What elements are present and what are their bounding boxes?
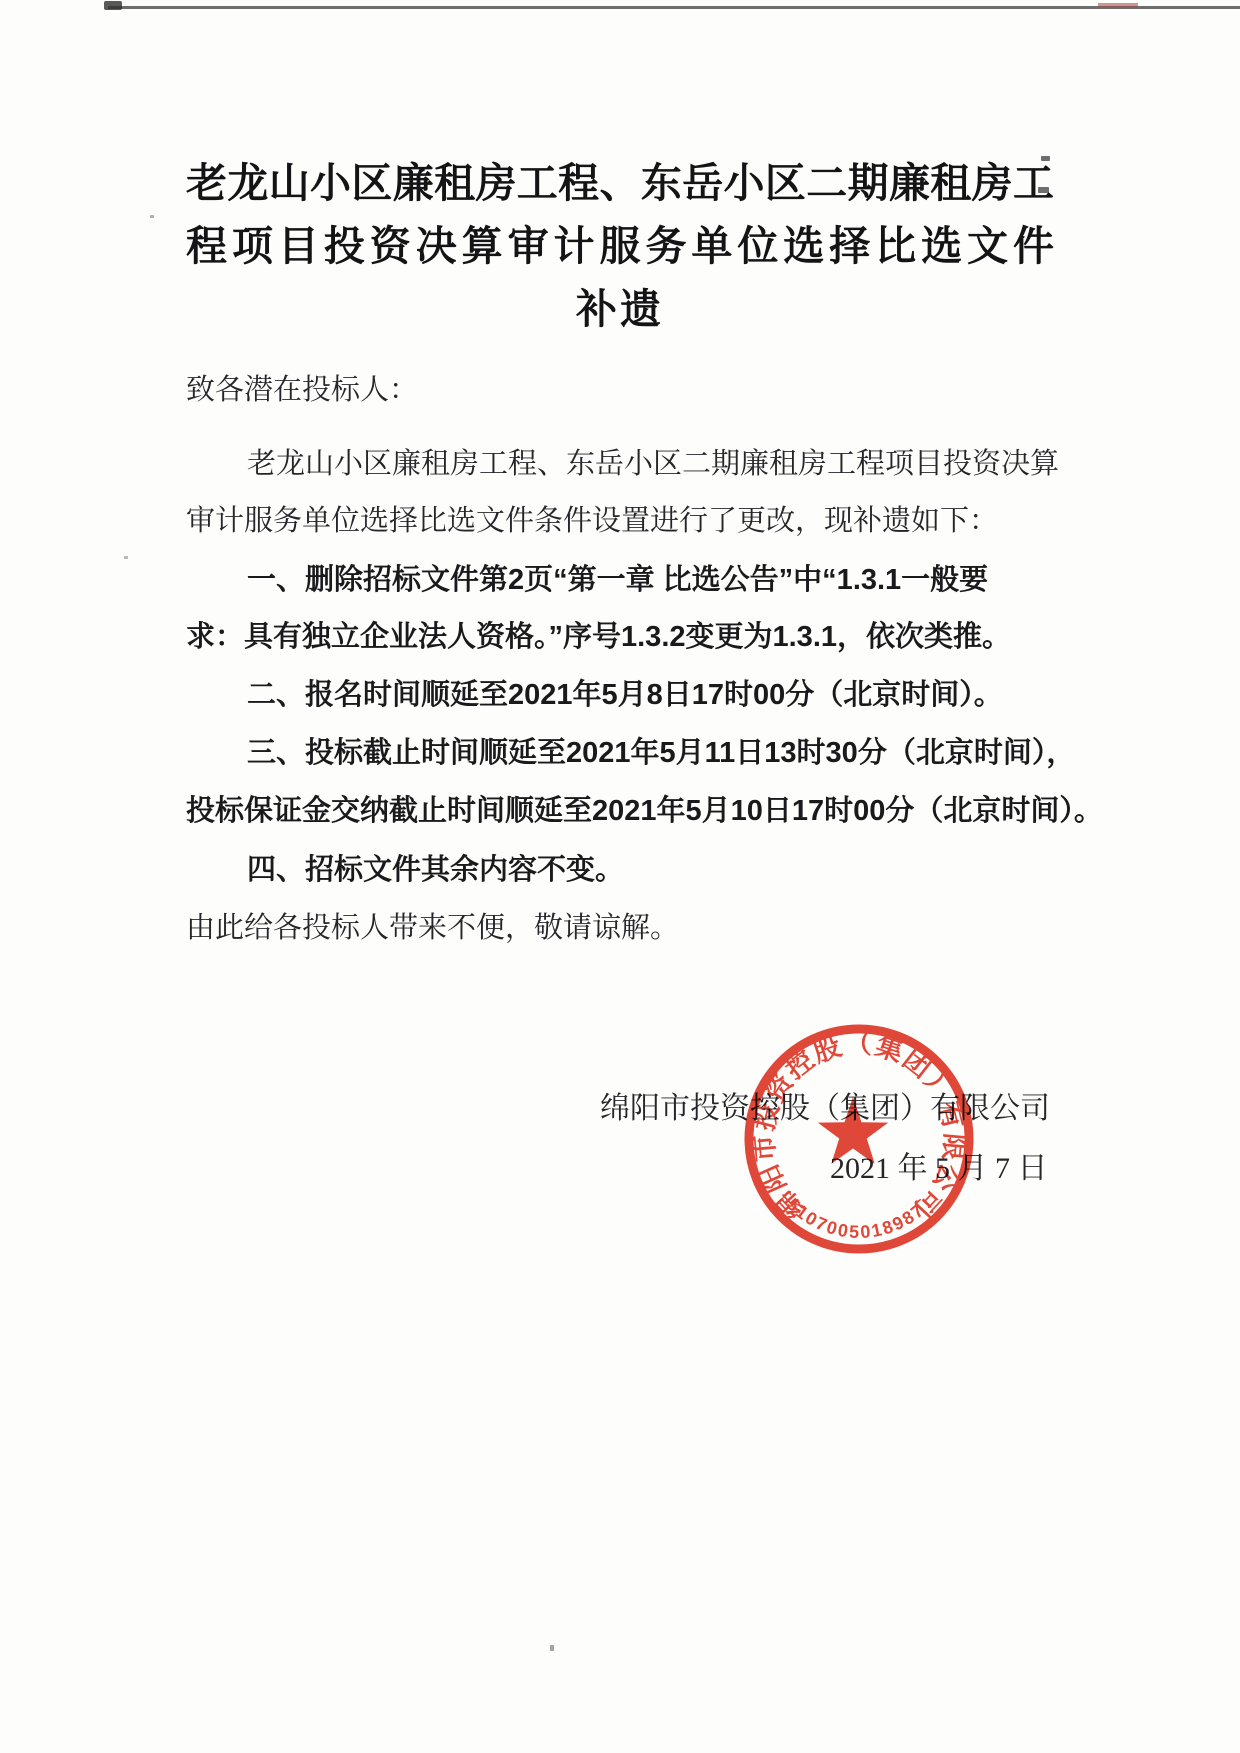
closing-line: 由此给各投标人带来不便，敬请谅解。 [186,912,679,945]
document-title-line-2: 程项目投资决算审计服务单位选择比选文件 [186,213,1054,272]
scanned-document-page: 老龙山小区廉租房工程、东岳小区二期廉租房工 程项目投资决算审计服务单位选择比选文… [0,0,1240,1753]
item-1-line-1: 一、删除招标文件第2页“第一章 比选公告”中“1.3.1一般要 [247,564,988,597]
seal-star-icon [818,1097,888,1164]
company-seal-svg: 绵阳市投资控股（集团）有限公司 5107005018987 [738,1018,980,1260]
item-4: 四、招标文件其余内容不变。 [247,854,624,887]
salutation: 致各潜在投标人： [186,374,418,407]
scan-speck [150,215,154,218]
intro-paragraph-line-1: 老龙山小区廉租房工程、东岳小区二期廉租房工程项目投资决算 [247,448,1059,481]
scan-speck [124,556,128,559]
scan-artifact-red-smudge [1098,3,1138,7]
intro-paragraph-line-2: 审计服务单位选择比选文件条件设置进行了更改，现补遗如下： [186,505,998,538]
item-3-line-2: 投标保证金交纳截止时间顺延至2021年5月10日17时00分（北京时间）。 [186,795,1103,828]
document-title-line-1: 老龙山小区廉租房工程、东岳小区二期廉租房工 [186,150,1054,209]
scan-speck [550,1645,554,1651]
scan-artifact-blob [104,1,122,10]
item-2: 二、报名时间顺延至2021年5月8日17时00分（北京时间）。 [247,679,1003,712]
document-title-line-3: 补遗 [186,276,1054,335]
scan-artifact-top-line [108,6,1240,9]
item-1-line-2: 求：具有独立企业法人资格。”序号1.3.2变更为1.3.1，依次类推。 [186,621,1011,654]
item-3-line-1: 三、投标截止时间顺延至2021年5月11日13时30分（北京时间）， [247,737,1075,770]
company-seal-stamp: 绵阳市投资控股（集团）有限公司 5107005018987 [738,1018,980,1260]
